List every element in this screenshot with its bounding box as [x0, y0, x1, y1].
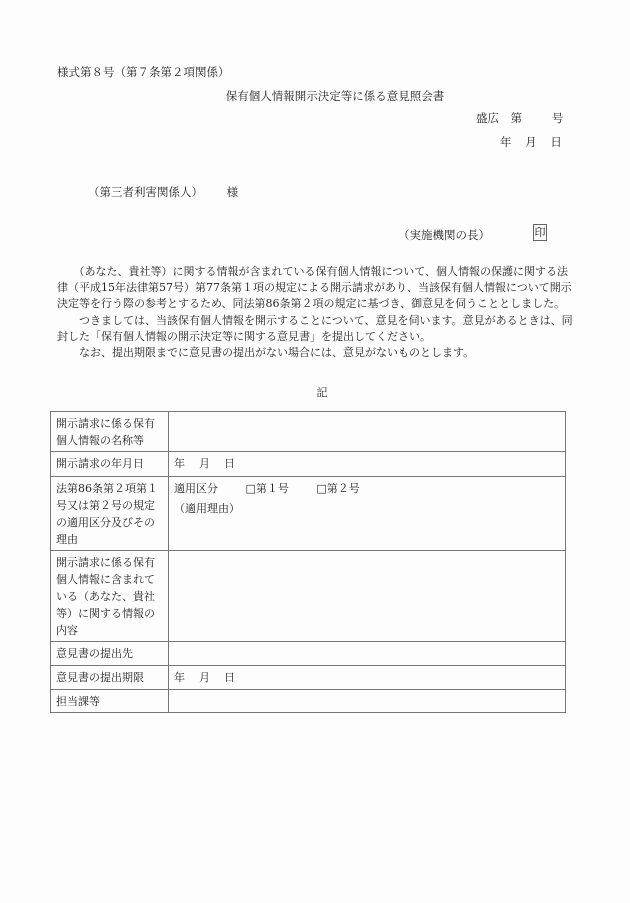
addressee-honorific: 様	[227, 185, 239, 199]
row-value	[169, 412, 566, 452]
table-row: 意見書の提出先	[51, 642, 566, 666]
date-day: 日	[550, 135, 562, 149]
reason-label: （適用理由）	[174, 502, 240, 515]
table-row: 開示請求に係る保有個人情報の名称等	[51, 412, 566, 452]
ref-prefix: 盛広	[476, 110, 499, 126]
category-value: 適用区分 □第１号 □第２号 （適用理由）	[169, 477, 566, 551]
row-value	[169, 642, 566, 666]
body-text: （あなた、貴社等）に関する情報が含まれている保有個人情報について、個人情報の保護…	[57, 264, 579, 361]
request-date-value: 年月日	[169, 452, 566, 477]
table-row: 開示請求の年月日 年月日	[51, 452, 566, 477]
row-value	[169, 551, 566, 642]
ref-go: 号	[552, 110, 564, 126]
sender-label: （実施機関の長）	[398, 227, 490, 243]
row-label: 法第86条第２項第１号又は第２号の規定の適用区分及びその理由	[51, 477, 169, 551]
form-number: 様式第８号（第７条第２項関係）	[57, 64, 230, 80]
row-label: 意見書の提出期限	[51, 666, 169, 690]
addressee: （第三者利害関係人） 様	[88, 184, 238, 200]
date-year: 年	[500, 135, 512, 149]
ki-heading: 記	[0, 384, 630, 400]
body-paragraph-3: なお、提出期限までに意見書の提出がない場合には、意見がないものとします。	[57, 345, 579, 361]
row-label: 意見書の提出先	[51, 642, 169, 666]
row-label: 開示請求の年月日	[51, 452, 169, 477]
deadline-value: 年月日	[169, 666, 566, 690]
seal-mark: 印	[533, 224, 547, 241]
reference-number: 盛広 第 号	[476, 110, 563, 126]
category-label: 適用区分	[174, 482, 218, 495]
row-label: 担当課等	[51, 690, 169, 713]
option-2-checkbox[interactable]: □第２号	[316, 482, 359, 495]
row-value	[169, 690, 566, 713]
option-1-checkbox[interactable]: □第１号	[246, 482, 289, 495]
record-table: 開示請求に係る保有個人情報の名称等 開示請求の年月日 年月日 法第86条第２項第…	[50, 411, 566, 713]
table-row: 意見書の提出期限 年月日	[51, 666, 566, 690]
table-row: 開示請求に係る保有個人情報に含まれている（あなた、貴社等）に関する情報の内容	[51, 551, 566, 642]
row-label: 開示請求に係る保有個人情報に含まれている（あなた、貴社等）に関する情報の内容	[51, 551, 169, 642]
document-title: 保有個人情報開示決定等に係る意見照会書	[0, 88, 630, 104]
date-month: 月	[525, 135, 537, 149]
addressee-label: （第三者利害関係人）	[88, 185, 203, 199]
body-paragraph-1: （あなた、貴社等）に関する情報が含まれている保有個人情報について、個人情報の保護…	[57, 264, 579, 313]
issue-date: 年 月 日	[500, 134, 562, 150]
table-row: 法第86条第２項第１号又は第２号の規定の適用区分及びその理由 適用区分 □第１号…	[51, 477, 566, 551]
ref-dai: 第	[511, 110, 523, 126]
row-label: 開示請求に係る保有個人情報の名称等	[51, 412, 169, 452]
body-paragraph-2: つきましては、当該保有個人情報を開示することについて、意見を伺います。意見がある…	[57, 313, 579, 345]
table-row: 担当課等	[51, 690, 566, 713]
